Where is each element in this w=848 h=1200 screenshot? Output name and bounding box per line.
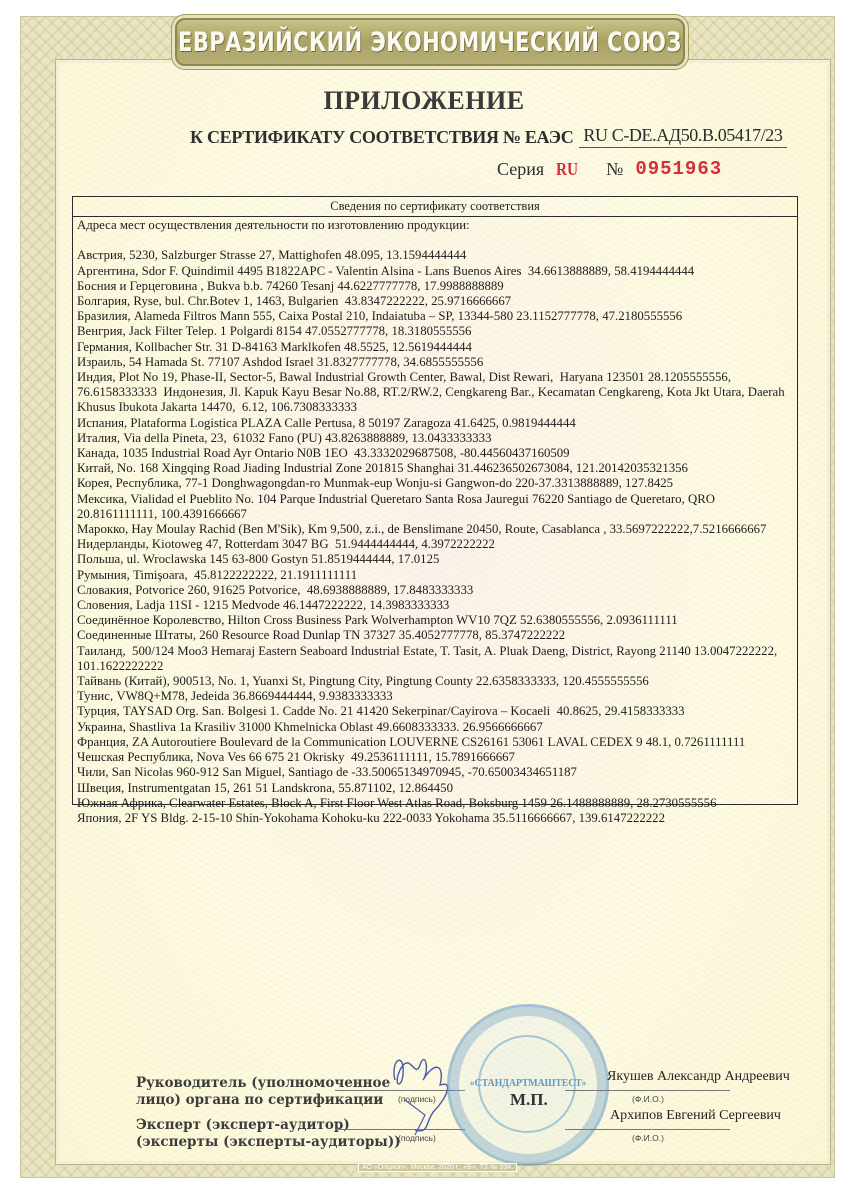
address-list: Австрия, 5230, Salzburger Strasse 27, Ma… [77, 248, 793, 826]
page-title: ПРИЛОЖЕНИЕ [0, 86, 848, 116]
certificate-info-table: Сведения по сертификату соответствия Адр… [72, 196, 798, 805]
address-row: Франция, ZA Autoroutiere Boulevard de la… [77, 735, 793, 750]
address-row: Украина, Shastliva 1a Krasiliv 31000 Khm… [77, 720, 793, 735]
address-row: Испания, Plataforma Logistica PLAZA Call… [77, 416, 793, 431]
address-row: Соединенные Штаты, 260 Resource Road Dun… [77, 628, 793, 643]
expert-label: Эксперт (эксперт-аудитор) (эксперты (экс… [136, 1117, 401, 1151]
expert-fio-line [565, 1129, 730, 1130]
certificate-line: К СЕРТИФИКАТУ СООТВЕТСТВИЯ № ЕАЭС RU C-D… [190, 122, 790, 148]
address-row: Аргентина, Sdor F. Quindimil 4495 B1822A… [77, 264, 793, 279]
union-banner: ЕВРАЗИЙСКИЙ ЭКОНОМИЧЕСКИЙ СОЮЗ [175, 18, 685, 66]
address-row: Болгария, Ryse, bul. Chr.Botev 1, 1463, … [77, 294, 793, 309]
expert-label-line1: Эксперт (эксперт-аудитор) [136, 1117, 401, 1134]
expert-name: Архипов Евгений Сергеевич [610, 1108, 781, 1124]
address-row: Япония, 2F YS Bldg. 2-15-10 Shin-Yokoham… [77, 811, 793, 826]
address-row: Словения, Ladja 11SI - 1215 Medvode 46.1… [77, 598, 793, 613]
address-row: Соединённое Королевство, Hilton Cross Bu… [77, 613, 793, 628]
address-row: Босния и Герцеговина , Bukva b.b. 74260 … [77, 279, 793, 294]
address-row: Италия, Via della Pineta, 23, 61032 Fano… [77, 431, 793, 446]
address-row: Польша, ul. Wroclawska 145 63-800 Gostyn… [77, 552, 793, 567]
address-row: Тайвань (Китай), 900513, No. 1, Yuanxi S… [77, 674, 793, 689]
number-sign: № [606, 159, 623, 180]
address-row: Швеция, Instrumentgatan 15, 261 51 Lands… [77, 781, 793, 796]
certificate-label: К СЕРТИФИКАТУ СООТВЕТСТВИЯ № ЕАЭС [190, 127, 573, 148]
expert-label-line2: (эксперты (эксперты-аудиторы)) [136, 1134, 401, 1151]
series-value: RU [556, 159, 578, 180]
head-label-line2: лицо) органа по сертификации [136, 1092, 390, 1109]
address-row: Израиль, 54 Hamada St. 77107 Ashdod Isra… [77, 355, 793, 370]
blank-number: 0951963 [635, 158, 722, 180]
address-row: Румыния, Timişoara, 45.8122222222, 21.19… [77, 568, 793, 583]
expert-fio-caption: (Ф.И.О.) [632, 1133, 664, 1143]
address-row: Тунис, VW8Q+M78, Jedeida 36.8669444444, … [77, 689, 793, 704]
address-row: Мексика, Vialidad el Pueblito No. 104 Pa… [77, 492, 793, 522]
head-label: Руководитель (уполномоченное лицо) орган… [136, 1075, 390, 1109]
address-row: Канада, 1035 Industrial Road Ayr Ontario… [77, 446, 793, 461]
address-row: Таиланд, 500/124 Moo3 Hemaraj Eastern Se… [77, 644, 793, 674]
seal-text: «СТАНДАРТМАШТЕСТ» [456, 1078, 600, 1089]
union-name: ЕВРАЗИЙСКИЙ ЭКОНОМИЧЕСКИЙ СОЮЗ [178, 27, 682, 58]
table-header: Сведения по сертификату соответствия [73, 197, 797, 217]
address-row: Чили, San Nicolas 960-912 San Miguel, Sa… [77, 765, 793, 780]
address-row: Китай, No. 168 Xingqing Road Jiading Ind… [77, 461, 793, 476]
head-name: Якушев Александр Андреевич [607, 1069, 790, 1085]
address-row: Индия, Plot No 19, Phase-II, Sector-5, B… [77, 370, 793, 416]
address-row: Венгрия, Jack Filter Telep. 1 Polgardi 8… [77, 324, 793, 339]
seal-stamp: «СТАНДАРТМАШТЕСТ» [447, 1004, 609, 1166]
addresses-intro: Адреса мест осуществления деятельности п… [77, 218, 793, 233]
address-row: Нидерланды, Kiotoweg 47, Rotterdam 3047 … [77, 537, 793, 552]
stamp-mark: М.П. [510, 1090, 548, 1110]
series-label: Серия [497, 159, 544, 180]
address-row: Корея, Республика, 77-1 Donghwagongdan-r… [77, 476, 793, 491]
address-row: Австрия, 5230, Salzburger Strasse 27, Ma… [77, 248, 793, 263]
head-fio-caption: (Ф.И.О.) [632, 1094, 664, 1104]
address-row: Чешская Республика, Nova Ves 66 675 21 O… [77, 750, 793, 765]
address-row: Словакия, Potvorice 260, 91625 Potvorice… [77, 583, 793, 598]
address-row: Германия, Kollbacher Str. 31 D-84163 Mar… [77, 340, 793, 355]
certificate-number: RU C-DE.АД50.B.05417/23 [579, 125, 786, 148]
address-row: Бразилия, Alameda Filtros Mann 555, Caix… [77, 309, 793, 324]
address-row: Турция, TAYSAD Org. San. Bolgesi 1. Cadd… [77, 704, 793, 719]
head-fio-line [565, 1090, 730, 1091]
address-row: Южная Африка, Clearwater Estates, Block … [77, 796, 793, 811]
table-body: Адреса мест осуществления деятельности п… [73, 217, 797, 826]
series-line: Серия RU № 0951963 [497, 154, 722, 180]
printer-imprint: АО «Опцион», Москва, 2020 г., «Б», ТЗ № … [358, 1163, 517, 1172]
address-row: Марокко, Hay Moulay Rachid (Ben M'Sik), … [77, 522, 793, 537]
